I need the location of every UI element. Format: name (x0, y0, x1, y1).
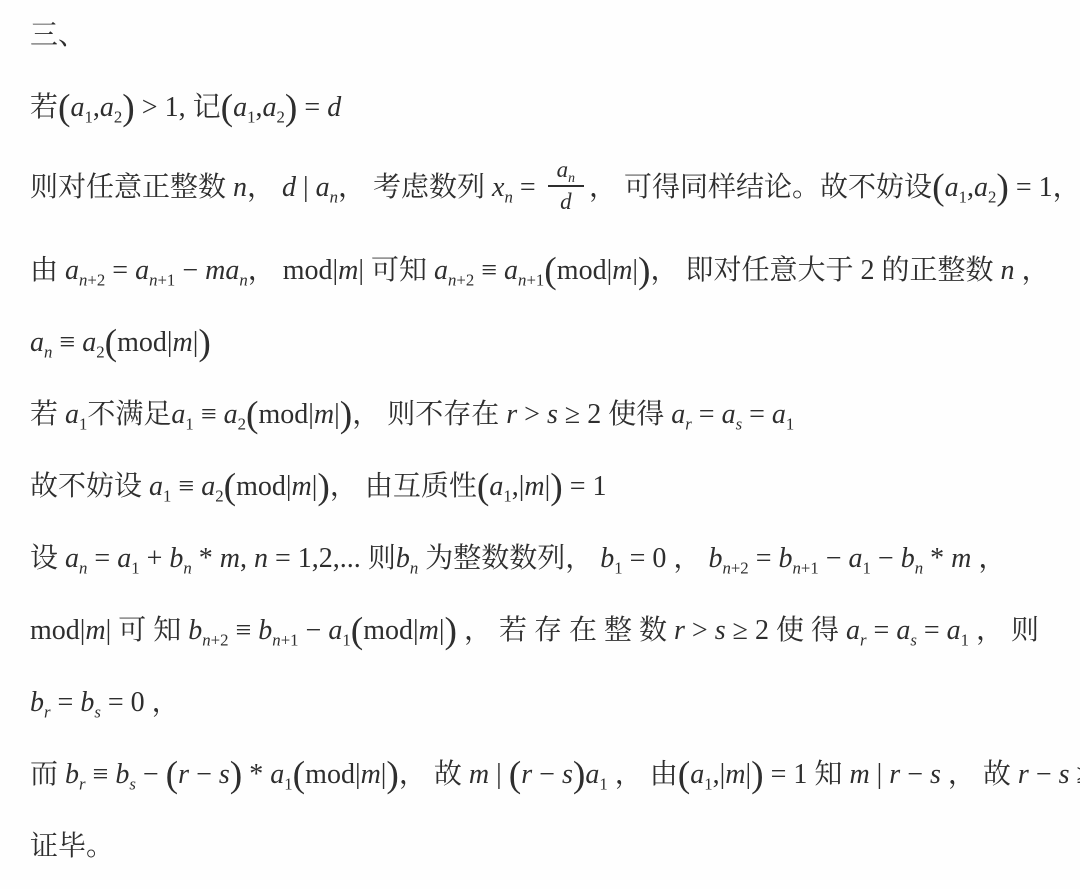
proof-line-bn-congruence: mod|m| 可 知 bn+2 ≡ bn+1 − a1(mod|m|) ， 若 … (30, 611, 1054, 651)
proof-line-conclusion: 而 br ≡ bs − (r − s) * a1(mod|m|)， 故 m | … (30, 755, 1054, 795)
proof-line-br-bs-zero: br = bs = 0 ， (30, 683, 1054, 723)
proof-line-qed: 证毕。 (30, 827, 1054, 867)
section-heading: 三、 (30, 16, 1054, 56)
fraction: and (548, 157, 584, 216)
proof-line-an-congruent-a2: an ≡ a2(mod|m|) (30, 323, 1054, 363)
proof-line-wlog-coprime: 故不妨设 a1 ≡ a2(mod|m|)， 由互质性(a1,|m|) = 1 (30, 467, 1054, 507)
proof-line-a1-not-satisfy: 若 a1不满足a1 ≡ a2(mod|m|)， 则不存在 r > s ≥ 2 使… (30, 395, 1054, 435)
proof-document: 三、若(a1,a2) > 1, 记(a1,a2) = d则对任意正整数 n， d… (0, 0, 1080, 889)
proof-line-assume-gcd: 若(a1,a2) > 1, 记(a1,a2) = d (30, 88, 1054, 128)
proof-line-divide-by-d: 则对任意正整数 n， d | an， 考虑数列 xn = and， 可得同样结论… (30, 160, 1054, 219)
proof-line-recurrence-mod: 由 an+2 = an+1 − man， mod|m| 可知 an+2 ≡ an… (30, 251, 1054, 291)
proof-line-define-bn: 设 an = a1 + bn * m, n = 1,2,... 则bn 为整数数… (30, 539, 1054, 579)
